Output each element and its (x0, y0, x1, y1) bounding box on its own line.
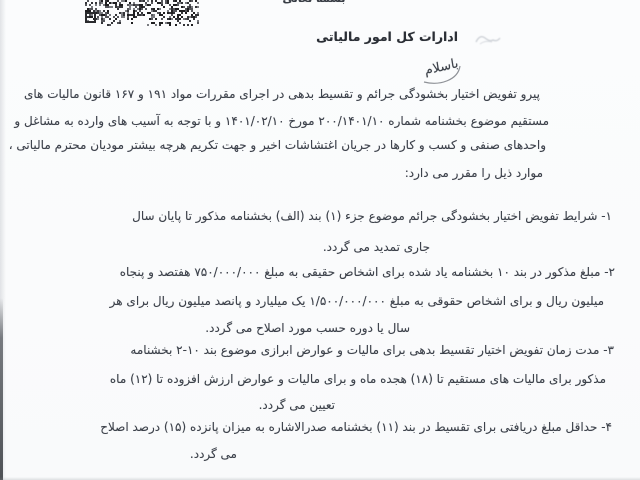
item-2-line-2: میلیون ریال و برای اشخاص حقوقی به مبلغ ۱… (110, 293, 604, 309)
intro-line-3: واحدهای صنفی و کسب و کارها در جریان اغتش… (9, 137, 546, 153)
item-4-line-1: ۴- حداقل مبلغ دریافتی برای تقسیط در بند … (100, 419, 612, 435)
qr-code-icon (85, 0, 199, 26)
intro-line-4: موارد ذیل را مقرر می دارد: (405, 165, 543, 181)
item-2-line-1: ۲- مبلغ مذکور در بند ۱۰ بخشنامه یاد شده … (120, 264, 615, 280)
pencil-smudge-mark (474, 32, 502, 51)
intro-line-2: مستقیم موضوع بخشنامه شماره ۲۰۰/۱۴۰۱/۱۰ م… (14, 113, 549, 129)
item-1-line-2: جاری تمدید می گردد. (323, 239, 430, 255)
bismillah-text: بسمه تعالی (278, 0, 350, 5)
item-4-line-2: می گردد. (190, 446, 237, 462)
intro-line-1: پیرو تفویض اختیار بخشودگی جرائم و تقسیط … (24, 86, 540, 102)
item-1-line-1: ۱- شرایط تفویض اختیار بخشودگی جرائم موضو… (132, 208, 612, 224)
item-3-line-3: تعیین می گردد. (259, 397, 335, 413)
document-page: بسمه تعالی ادارات کل امور مالیاتی باسلام… (0, 0, 640, 480)
scan-left-edge-border (0, 298, 3, 480)
recipient-heading: ادارات کل امور مالیاتی (316, 29, 458, 44)
item-3-line-2: مذکور برای مالیات های مستقیم تا (۱۸) هجد… (110, 371, 606, 387)
item-2-line-3: سال یا دوره حسب مورد اصلاح می گردد. (205, 320, 410, 336)
item-3-line-1: ۳- مدت زمان تفویض اختیار تقسیط بدهی برای… (130, 342, 614, 358)
